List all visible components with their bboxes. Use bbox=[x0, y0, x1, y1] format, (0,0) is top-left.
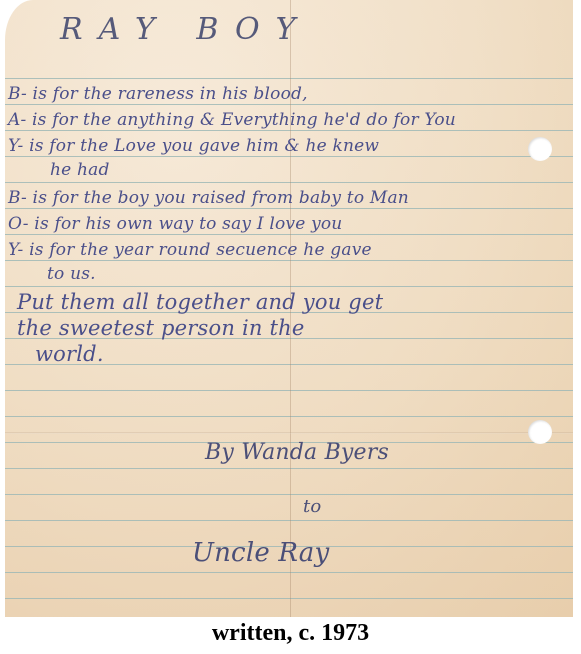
ruled-line bbox=[5, 520, 573, 521]
ruled-line bbox=[5, 208, 573, 209]
ruled-line bbox=[5, 286, 573, 287]
ruled-line bbox=[5, 130, 573, 131]
ruled-line bbox=[5, 390, 573, 391]
poem-line-continuation: he had bbox=[50, 160, 110, 180]
paper-fold-horizontal bbox=[5, 432, 573, 434]
ruled-line bbox=[5, 494, 573, 495]
ruled-line bbox=[5, 572, 573, 573]
ruled-line bbox=[5, 260, 573, 261]
poem-line-summary: the sweetest person in the bbox=[17, 316, 304, 340]
ruled-line bbox=[5, 598, 573, 599]
ruled-line bbox=[5, 416, 573, 417]
signature-author: By Wanda Byers bbox=[205, 440, 389, 465]
ruled-line bbox=[5, 182, 573, 183]
poem-line-y2: Y- is for the year round secuence he gav… bbox=[8, 240, 372, 260]
poem-line-a: A- is for the anything & Everything he'd… bbox=[8, 110, 456, 130]
ruled-line bbox=[5, 104, 573, 105]
ruled-line bbox=[5, 468, 573, 469]
poem-title: RAY BOY bbox=[60, 12, 311, 47]
poem-line-b: B- is for the rareness in his blood, bbox=[8, 84, 308, 104]
ruled-line bbox=[5, 78, 573, 79]
poem-line-continuation: to us. bbox=[47, 264, 96, 284]
poem-line-o: O- is for his own way to say I love you bbox=[8, 214, 342, 234]
poem-line-summary: world. bbox=[35, 342, 104, 366]
ruled-line bbox=[5, 156, 573, 157]
ruled-line bbox=[5, 234, 573, 235]
notebook-paper: RAY BOY B- is for the rareness in his bl… bbox=[5, 0, 573, 617]
signature-to: to bbox=[303, 496, 321, 517]
caption: written, c. 1973 bbox=[0, 620, 581, 647]
poem-line-b2: B- is for the boy you raised from baby t… bbox=[8, 188, 409, 208]
poem-line-y: Y- is for the Love you gave him & he kne… bbox=[8, 136, 379, 156]
signature-recipient: Uncle Ray bbox=[192, 538, 329, 568]
punch-hole-icon bbox=[528, 137, 552, 161]
poem-line-summary: Put them all together and you get bbox=[17, 290, 383, 314]
punch-hole-icon bbox=[528, 420, 552, 444]
